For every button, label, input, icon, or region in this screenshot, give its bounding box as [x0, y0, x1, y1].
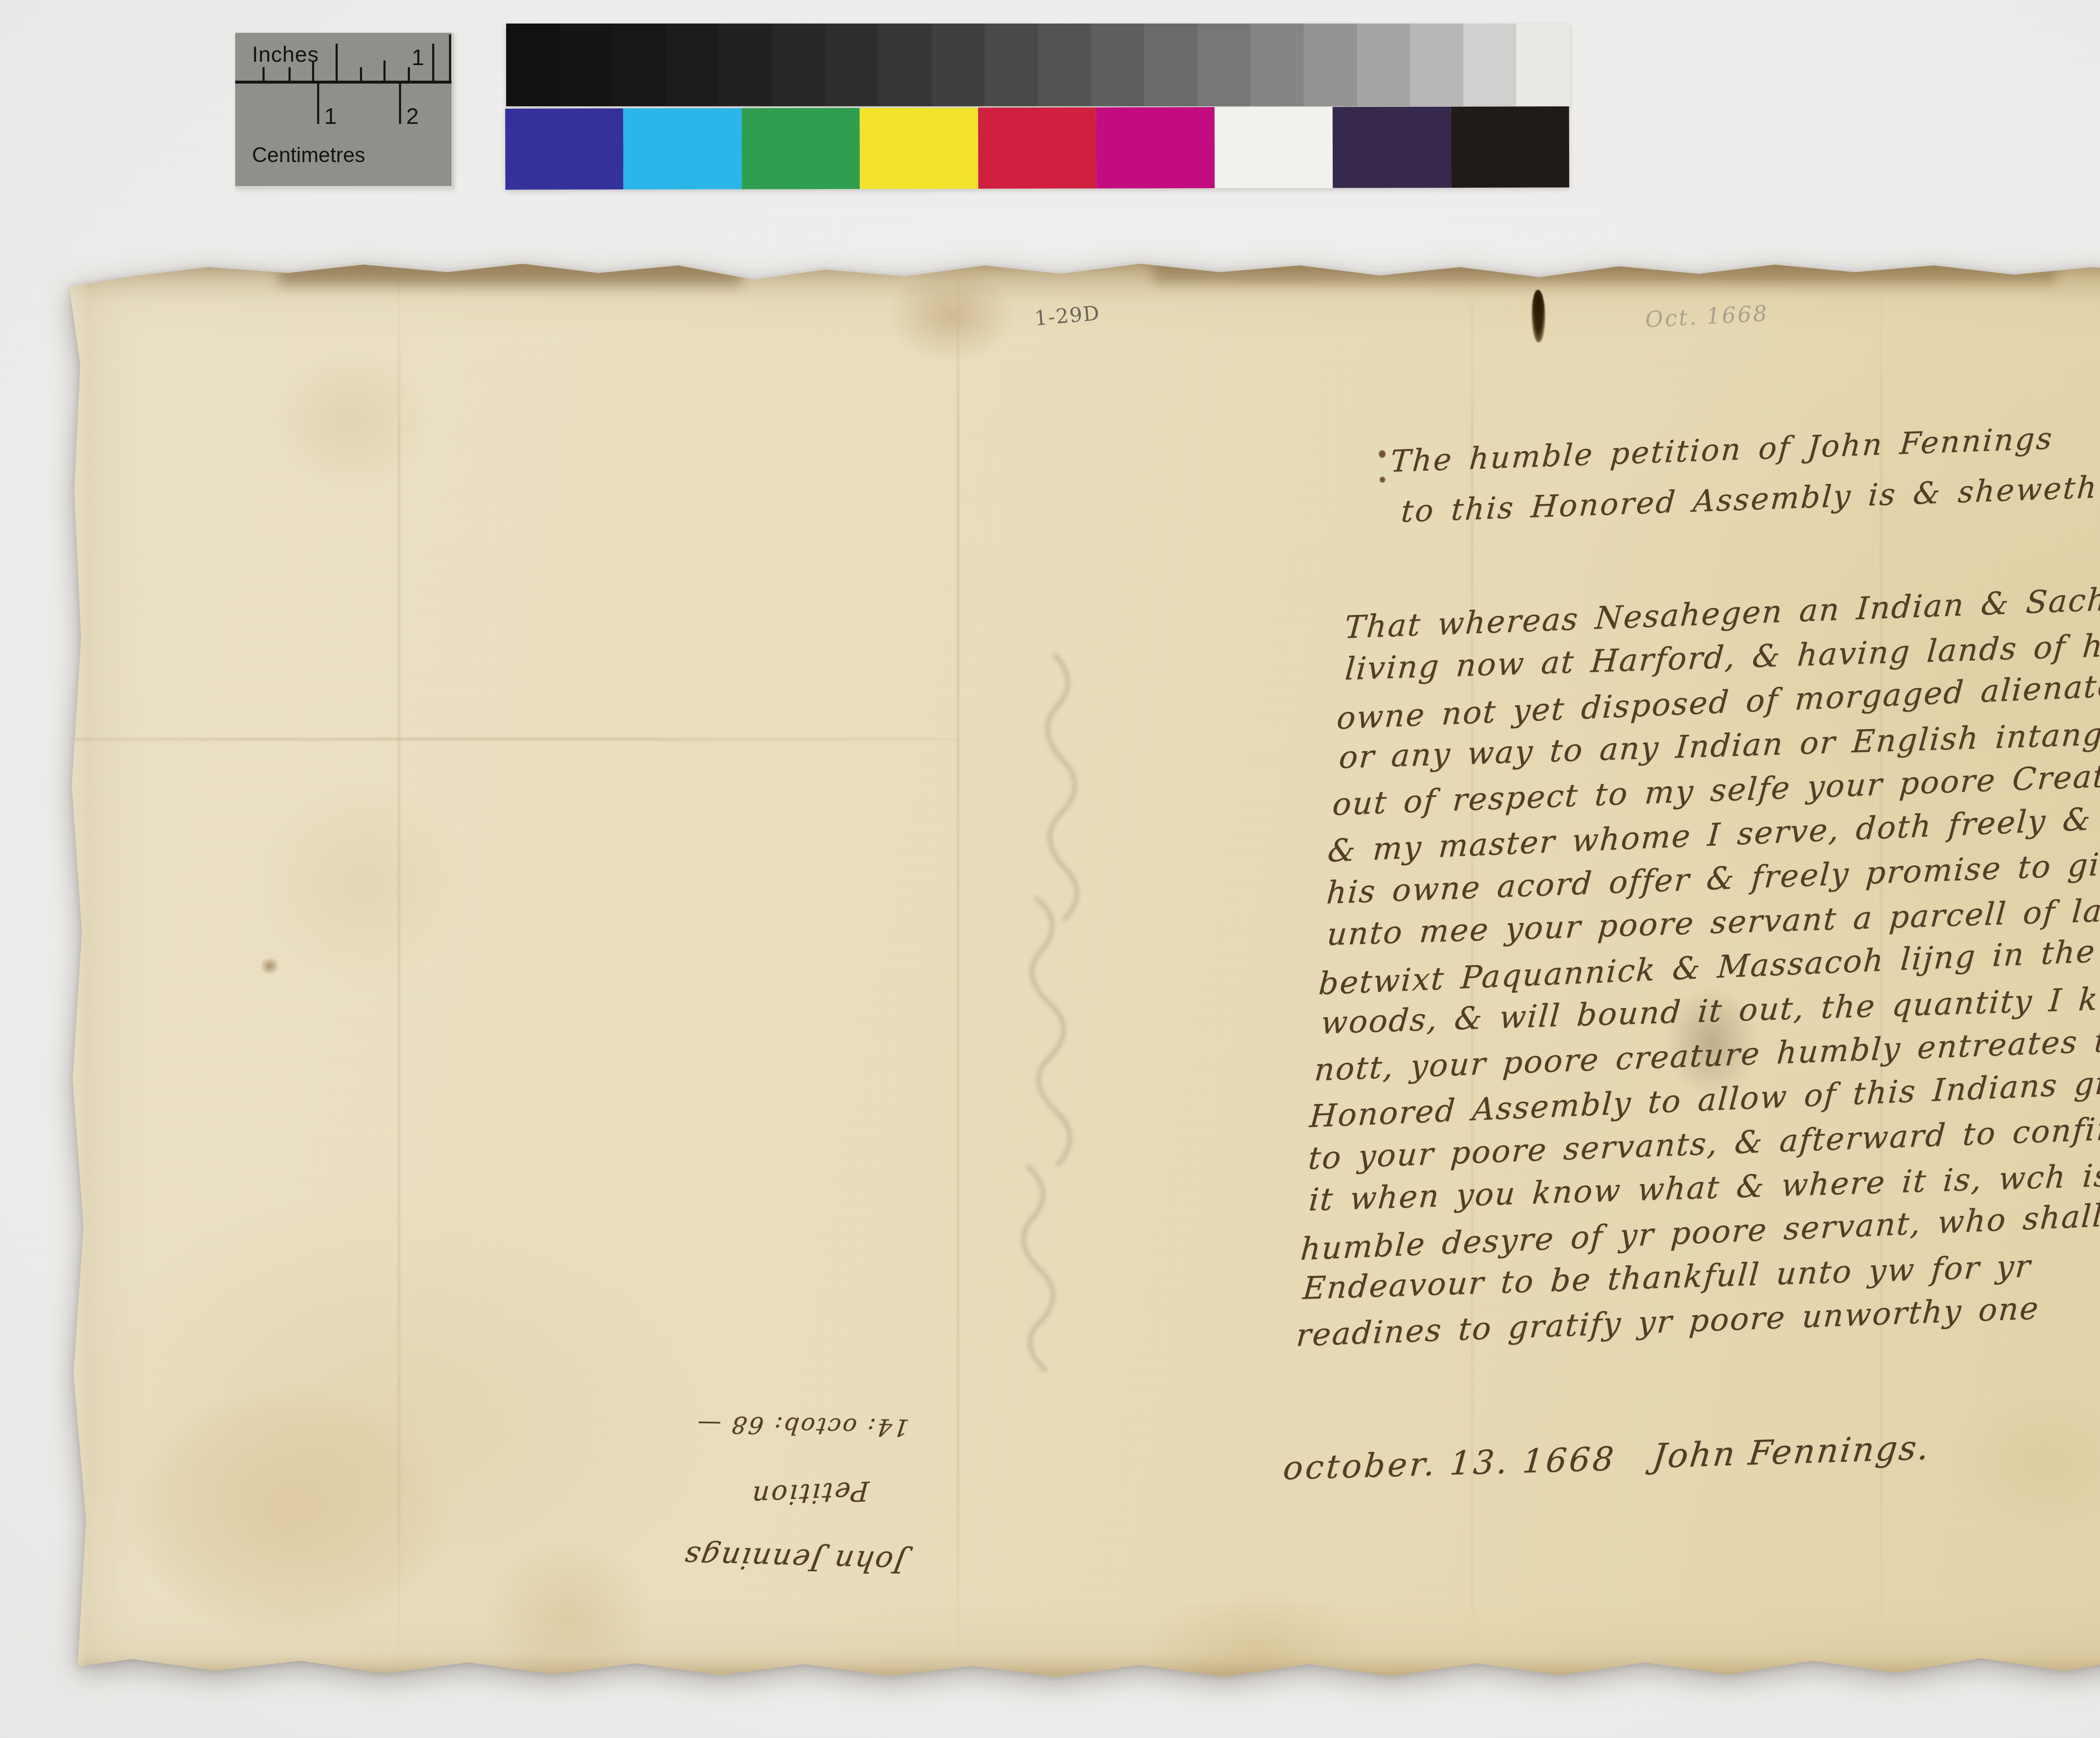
gray-step — [1250, 24, 1304, 106]
inch-number: 1 — [412, 45, 424, 71]
color-patch-blue — [505, 108, 624, 190]
gray-step — [1357, 24, 1410, 106]
gray-step — [506, 24, 559, 106]
manuscript-date: october. 13. 1668 — [1282, 1440, 1617, 1487]
gray-step — [1463, 24, 1517, 106]
inch-tick — [312, 60, 314, 81]
stain — [1951, 1386, 2100, 1537]
signature: John Fennings. — [1651, 1428, 1932, 1475]
color-patch-dark-purple — [1333, 107, 1451, 188]
color-patch-magenta — [1096, 107, 1215, 189]
ruler-baseline — [235, 81, 451, 84]
paper-wrap: 1-29D Oct. 1668 The humble petition of J… — [69, 260, 2100, 1678]
docket-name: John Jennings — [680, 1539, 908, 1580]
gray-step — [932, 24, 985, 106]
cm-number-two: 2 — [406, 103, 419, 129]
paper-edge-stain — [279, 260, 741, 286]
stain — [128, 1386, 447, 1638]
docket-title: Petition — [750, 1475, 870, 1512]
gray-step — [1197, 24, 1251, 106]
gray-step — [612, 24, 666, 106]
cm-tick-two — [399, 84, 401, 124]
gray-step — [1091, 24, 1144, 106]
stain — [271, 349, 430, 491]
centimetres-label: Centimetres — [252, 143, 365, 167]
stain — [254, 781, 472, 983]
fold-crease-horizontal — [69, 738, 960, 740]
color-patch-red — [978, 108, 1097, 189]
stain — [481, 1537, 657, 1697]
inch-tick — [383, 60, 386, 81]
document-paper: 1-29D Oct. 1668 The humble petition of J… — [69, 260, 2100, 1678]
scale-card: Inches 1 1 2 Centimetres — [235, 33, 454, 189]
paper-deckle-edge — [69, 260, 89, 1678]
cm-number-one: 1 — [324, 103, 337, 129]
color-patch-green — [742, 108, 860, 189]
paper-edge-stain — [1153, 260, 2056, 284]
inch-tick-edge — [449, 34, 451, 81]
gray-step — [1038, 24, 1091, 106]
stain — [888, 269, 1014, 361]
color-patch-yellow — [860, 108, 978, 189]
ink-dot — [1379, 450, 1386, 458]
cm-tick-one — [317, 84, 319, 124]
pencil-catalog-number: 1-29D — [1034, 301, 1101, 330]
pencil-date-annotation: Oct. 1668 — [1645, 301, 1769, 332]
gray-step — [825, 24, 879, 106]
inch-tick-one — [432, 44, 434, 81]
stain-spot — [260, 958, 279, 974]
gray-step — [878, 24, 932, 106]
color-calibration-bar — [505, 106, 1569, 189]
inch-tick — [360, 67, 362, 81]
gray-step — [719, 24, 772, 106]
inch-tick — [408, 67, 410, 81]
photo-backdrop: Inches 1 1 2 Centimetres — [0, 0, 2100, 1738]
inches-label: Inches — [252, 42, 319, 67]
color-patch-black — [1451, 106, 1569, 188]
gray-step — [559, 24, 613, 106]
docket-date: 14: octob: 68 — — [694, 1410, 911, 1441]
ink-dot — [1380, 477, 1385, 483]
gray-step — [666, 24, 719, 106]
gray-step — [1410, 24, 1463, 106]
petition-body: That whereas Nesahegen an Indian & Sache… — [1295, 574, 2100, 1358]
paper-edge-shading — [69, 1655, 2100, 1678]
grayscale-calibration-bar — [506, 24, 1570, 106]
inch-tick-half — [336, 44, 338, 81]
gray-step — [1144, 24, 1197, 106]
gray-step — [984, 24, 1038, 106]
gray-step — [1304, 24, 1357, 106]
gray-step — [772, 24, 825, 106]
showthrough-writing — [952, 635, 1127, 1397]
color-patch-white — [1214, 107, 1333, 189]
color-patch-cyan — [623, 108, 742, 189]
stain — [1144, 1588, 1371, 1714]
inch-tick — [262, 67, 265, 81]
gray-step — [1516, 24, 1570, 106]
inch-tick — [289, 67, 291, 81]
fold-crease-center — [957, 260, 959, 1678]
petition-heading: The humble petition of John Fennings to … — [1385, 411, 2100, 537]
